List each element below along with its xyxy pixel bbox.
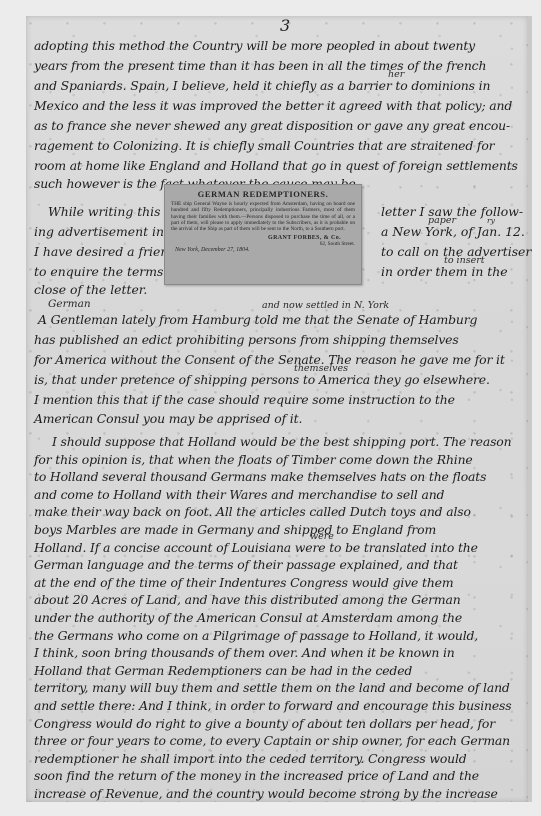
clipping-title: GERMAN REDEMPTIONERS. — [171, 189, 355, 199]
paragraph-2-line-3: for America without the Consent of the S… — [34, 352, 505, 367]
paragraph-1-line-1: adopting this method the Country will be… — [34, 38, 475, 53]
side-left-line-4: to enquire the terms — [34, 264, 163, 279]
newspaper-clipping: GERMAN REDEMPTIONERS. THE ship General W… — [164, 184, 362, 285]
interlinear-settled-ny: and now settled in N. York — [262, 300, 389, 311]
paragraph-3-line-2: for this opinion is, that when the float… — [34, 452, 473, 467]
paragraph-3-line-21: increase of Revenue, and the country wou… — [34, 786, 498, 801]
side-left-line-1: While writing this — [48, 204, 160, 219]
paragraph-2-line-2: has published an edict prohibiting perso… — [34, 332, 459, 347]
paragraph-3-line-8: German language and the terms of their p… — [34, 557, 458, 572]
paragraph-3-line-12: the Germans who come on a Pilgrimage of … — [34, 628, 478, 643]
paragraph-2-line-4: is, that under pretence of shipping pers… — [34, 372, 490, 387]
side-right-line-2: a New York, of Jan. 12. — [381, 224, 525, 239]
paragraph-3-line-4: and come to Holland with their Wares and… — [34, 487, 444, 502]
paragraph-3-line-11: under the authority of the American Cons… — [34, 610, 462, 625]
side-left-line-3: I have desired a friend — [34, 244, 176, 259]
paragraph-1-line-5: as to france she never shewed any great … — [34, 118, 510, 133]
paragraph-3-line-3: to Holland several thousand Germans make… — [34, 469, 486, 484]
paragraph-3-line-1: I should suppose that Holland would be t… — [52, 434, 511, 449]
paragraph-3-line-7: Holland. If a concise account of Louisia… — [34, 540, 478, 555]
paragraph-3-line-9: at the end of the time of their Indentur… — [34, 575, 453, 590]
side-right-line-4: in order them in the — [381, 264, 508, 279]
paragraph-3-line-20: soon find the return of the money in the… — [34, 768, 479, 783]
interlinear-german: German — [48, 298, 91, 310]
paragraph-3-line-6: boys Marbles are made in Germany and shi… — [34, 522, 436, 537]
page-number: 3 — [280, 16, 290, 35]
paragraph-1-line-4: Mexico and the less it was improved the … — [34, 98, 512, 113]
paragraph-1-line-2: years from the present time than it has … — [34, 58, 486, 73]
paragraph-3-line-16: and settle there: And I think, in order … — [34, 698, 511, 713]
paragraph-1-line-3: and Spaniards. Spain, I believe, held it… — [34, 78, 490, 93]
paragraph-3-line-19: redemptioner he shall import into the ce… — [34, 751, 467, 766]
paragraph-2-line-6: American Consul you may be apprised of i… — [34, 411, 302, 426]
side-left-line-2: ing advertisement in — [34, 224, 164, 239]
paragraph-1-line-6: ragement to Colonizing. It is chiefly sm… — [34, 138, 494, 153]
paragraph-3-line-10: about 20 Acres of Land, and have this di… — [34, 592, 461, 607]
paragraph-3-line-18: three or four years to come, to every Ca… — [34, 733, 510, 748]
paragraph-3-line-15: territory, many will buy them and settle… — [34, 680, 510, 695]
paragraph-2-line-5: I mention this that if the case should r… — [34, 392, 455, 407]
paragraph-3-line-5: make their way back on foot. All the art… — [34, 504, 471, 519]
side-left-line-5: close of the letter. — [34, 282, 147, 297]
clipping-dateline: New York, December 27, 1804. — [171, 247, 355, 253]
paragraph-3-line-14: Holland that German Redemptioners can be… — [34, 663, 412, 678]
paragraph-3-line-17: Congress would do right to give a bounty… — [34, 716, 495, 731]
manuscript-page: 3 adopting this method the Country will … — [26, 16, 532, 802]
clipping-body: THE ship General Wayne is hourly expecte… — [171, 201, 355, 232]
paragraph-2-line-1: A Gentleman lately from Hamburg told me … — [38, 312, 477, 327]
paragraph-1-line-7: room at home like England and Holland th… — [34, 158, 518, 173]
paragraph-3-line-13: I think, soon bring thousands of them ov… — [34, 645, 455, 660]
